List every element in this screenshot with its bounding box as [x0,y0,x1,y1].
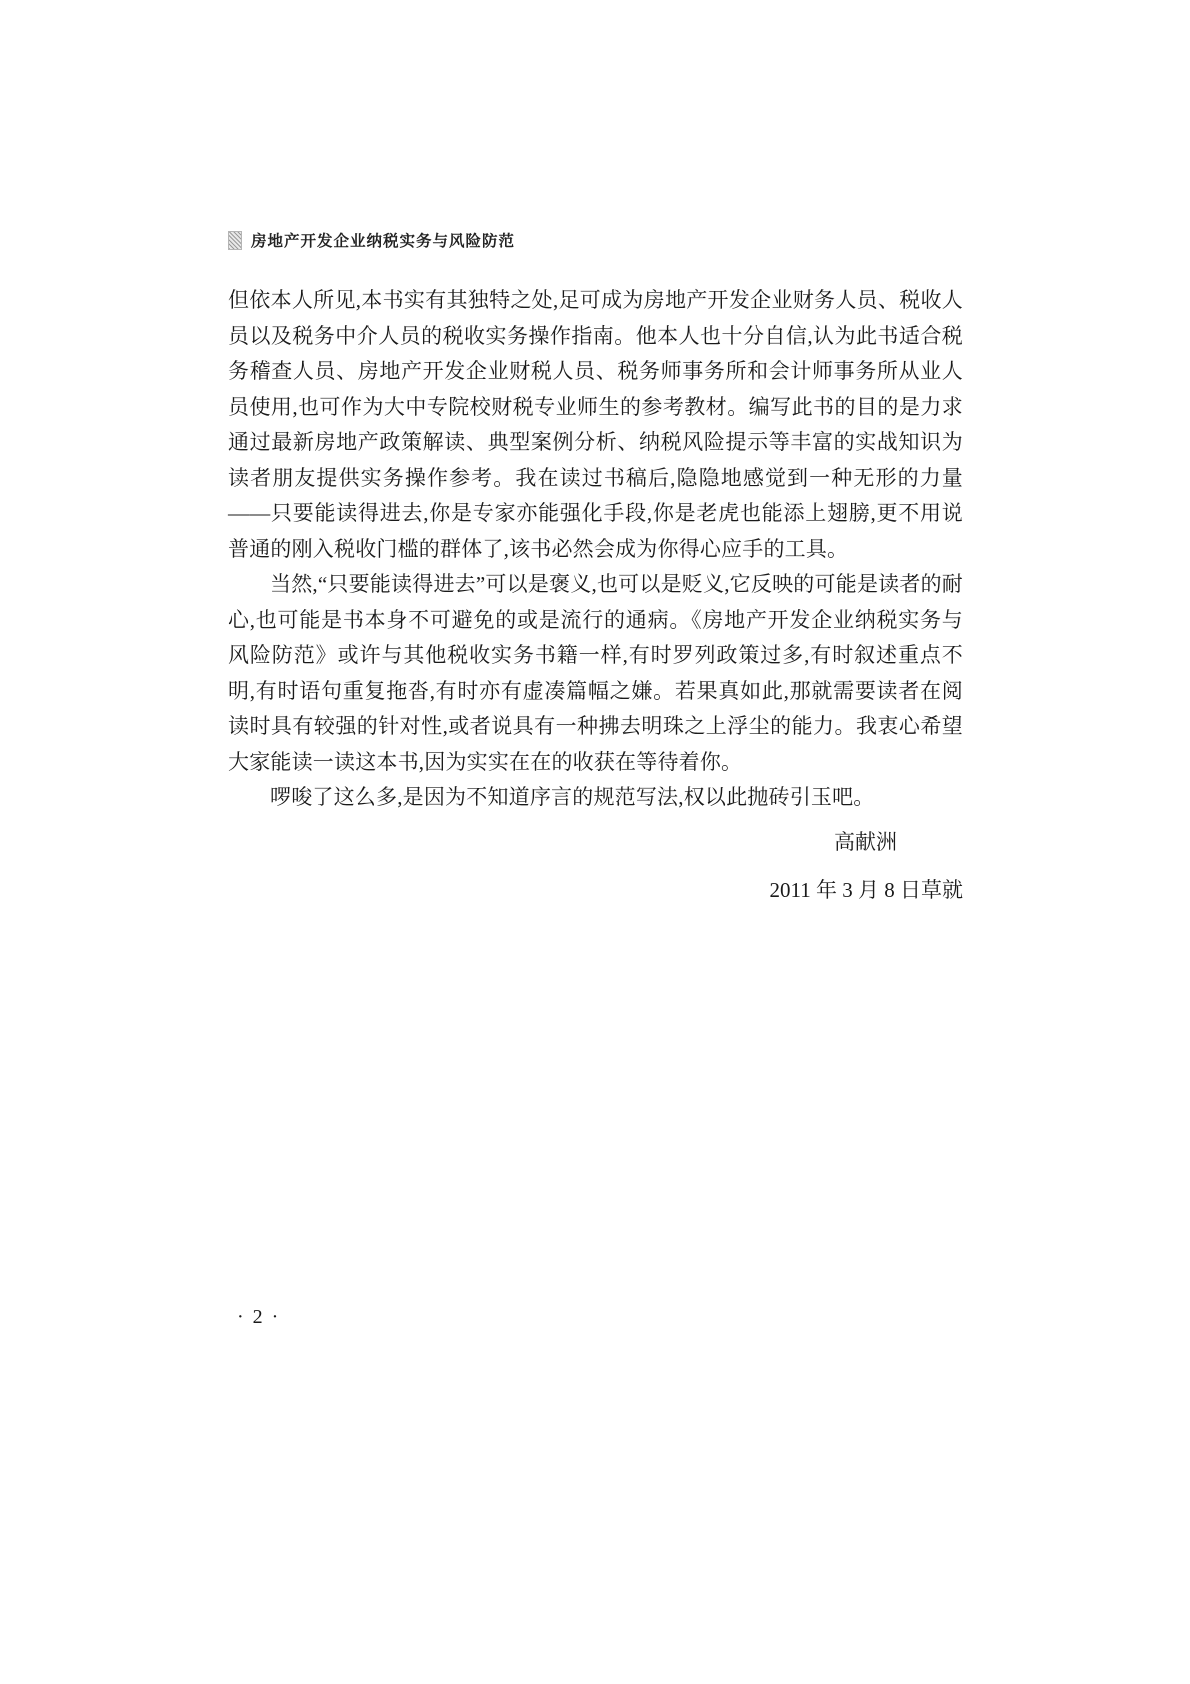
running-head-book-title: 房地产开发企业纳税实务与风险防范 [251,229,515,251]
preface-body: 但依本人所见,本书实有其独特之处,足可成为房地产开发企业财务人员、税收人员以及税… [228,283,963,914]
page-number: · 2 · [237,1306,280,1329]
hatched-square-icon [228,231,242,250]
document-page: 房地产开发企业纳税实务与风险防范 但依本人所见,本书实有其独特之处,足可成为房地… [0,0,1190,1684]
signature-block: 高献洲 2011 年 3 月 8 日草就 [228,818,963,914]
running-head: 房地产开发企业纳税实务与风险防范 [228,229,515,251]
author-name: 高献洲 [228,818,963,866]
signature-date: 2011 年 3 月 8 日草就 [228,866,963,914]
paragraph-3: 啰唆了这么多,是因为不知道序言的规范写法,权以此抛砖引玉吧。 [228,780,963,816]
paragraph-1: 但依本人所见,本书实有其独特之处,足可成为房地产开发企业财务人员、税收人员以及税… [228,283,963,567]
paragraph-2: 当然,“只要能读得进去”可以是褒义,也可以是贬义,它反映的可能是读者的耐心,也可… [228,567,963,780]
